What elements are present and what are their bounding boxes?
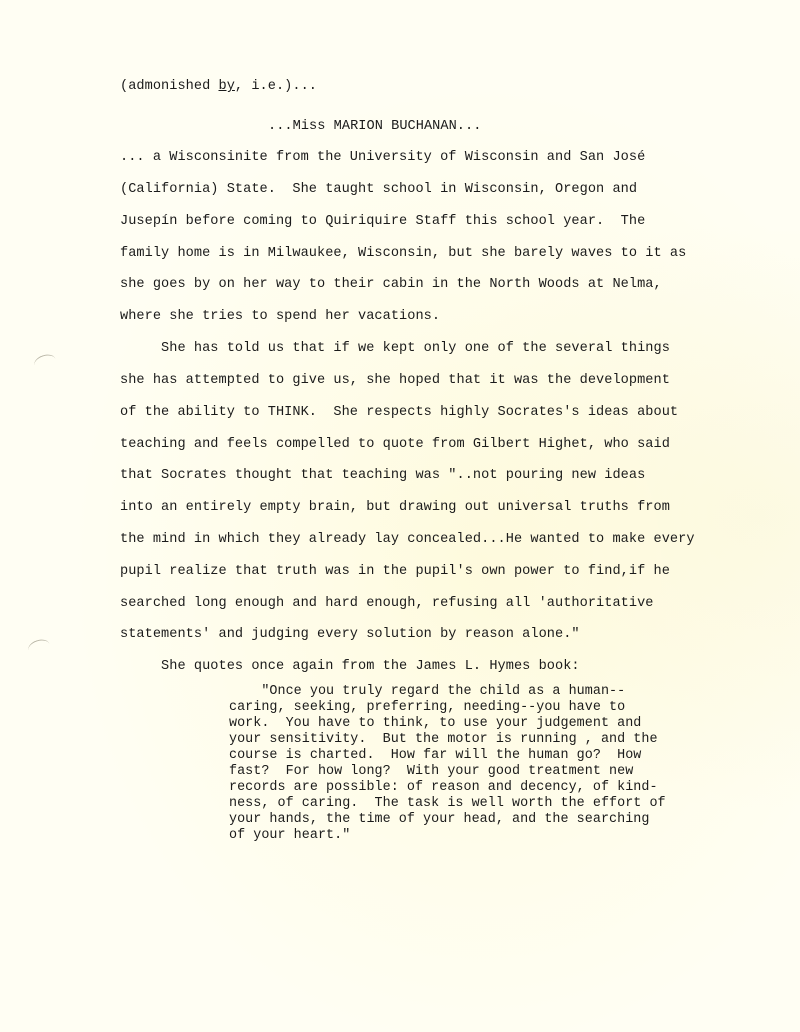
intro-underlined: by [219,79,235,94]
paragraph-line: that Socrates thought that teaching was … [120,468,645,483]
paragraph-line: She quotes once again from the James L. … [120,659,580,674]
block-quote-line: ness, of caring. The task is well worth … [229,796,666,811]
paragraph-line: statements' and judging every solution b… [120,627,580,642]
intro-line: (admonished by, i.e.)... [120,79,317,94]
paragraph-line: into an entirely empty brain, but drawin… [120,500,670,515]
paragraph-line: (California) State. She taught school in… [120,182,637,197]
document-body: (admonished by, i.e.)... ...Miss MARION … [0,0,800,1032]
block-quote-line: records are possible: of reason and dece… [229,780,658,795]
block-quote-line: course is charted. How far will the huma… [229,748,641,763]
block-quote-line: work. You have to think, to use your jud… [229,716,641,731]
paragraph-line: she goes by on her way to their cabin in… [120,277,662,292]
paragraph-line: Jusepín before coming to Quiriquire Staf… [120,214,645,229]
paragraph-line: searched long enough and hard enough, re… [120,596,654,611]
block-quote-line: "Once you truly regard the child as a hu… [229,684,625,699]
paragraph-line: the mind in which they already lay conce… [120,532,695,547]
paragraph-line: pupil realize that truth was in the pupi… [120,564,670,579]
block-quote-line: your sensitivity. But the motor is runni… [229,732,658,747]
paragraph-line: where she tries to spend her vacations. [120,309,440,324]
paragraph-line: teaching and feels compelled to quote fr… [120,437,670,452]
typewritten-page: (admonished by, i.e.)... ...Miss MARION … [0,0,800,1032]
paragraph-line: family home is in Milwaukee, Wisconsin, … [120,246,686,261]
intro-suffix: , i.e.)... [235,79,317,94]
block-quote-line: of your heart." [229,828,350,843]
paragraph-line: she has attempted to give us, she hoped … [120,373,670,388]
intro-prefix: (admonished [120,79,219,94]
heading: ...Miss MARION BUCHANAN... [268,119,481,134]
paragraph-line: ... a Wisconsinite from the University o… [120,150,645,165]
paragraph-line: She has told us that if we kept only one… [120,341,670,356]
block-quote-line: caring, seeking, preferring, needing--yo… [229,700,625,715]
block-quote-line: fast? For how long? With your good treat… [229,764,633,779]
paragraph-line: of the ability to THINK. She respects hi… [120,405,678,420]
block-quote-line: your hands, the time of your head, and t… [229,812,649,827]
